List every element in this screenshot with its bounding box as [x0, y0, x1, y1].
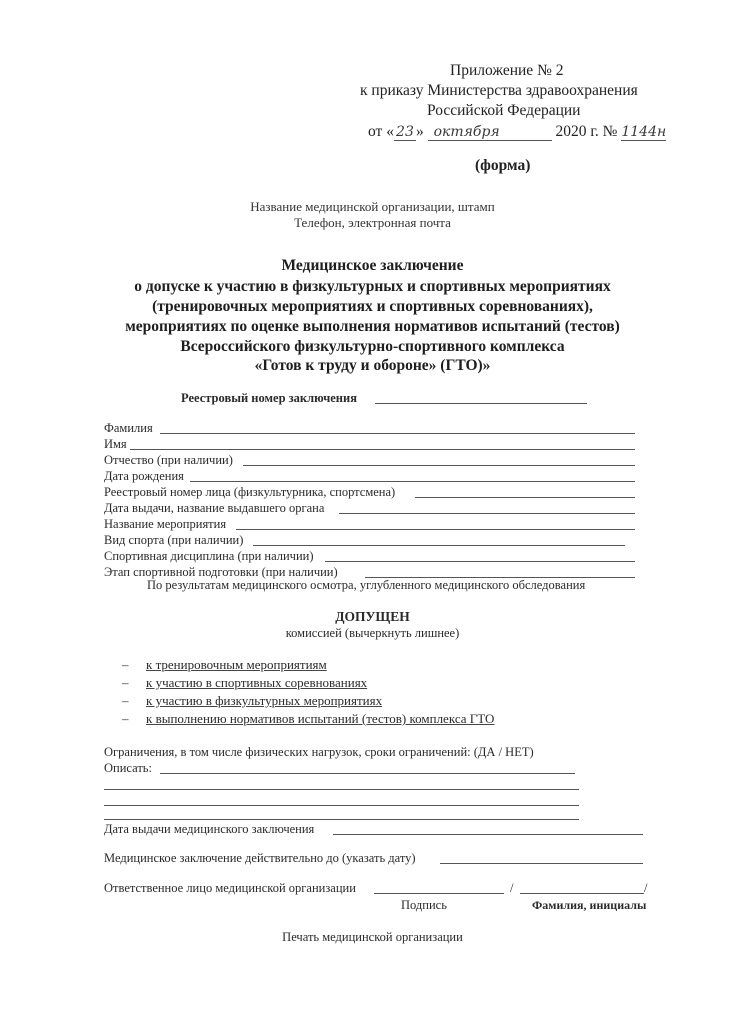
federation-line: Российской Федерации	[427, 102, 580, 120]
admitted-option-training[interactable]: –к тренировочным мероприятиям	[122, 657, 327, 673]
restrictions-describe-input[interactable]	[160, 773, 575, 774]
field-issue-authority-label: Дата выдачи, название выдавшего органа	[104, 501, 324, 516]
name-initials-input[interactable]	[520, 893, 644, 894]
option-label: к участию в физкультурных мероприятиях	[146, 693, 382, 708]
date-mid: »	[416, 123, 424, 140]
field-birthdate-label: Дата рождения	[104, 469, 184, 484]
field-event-name-input[interactable]	[236, 529, 635, 530]
bullet-dash: –	[122, 675, 146, 691]
admitted-heading: ДОПУЩЕН	[0, 609, 745, 625]
signature-caption: Подпись	[401, 898, 447, 913]
bullet-dash: –	[122, 657, 146, 673]
field-person-registry-label: Реестровый номер лица (физкультурника, с…	[104, 485, 395, 500]
order-date-line: от «23» октября 2020 г. № 1144н	[368, 123, 666, 141]
issue-date-label: Дата выдачи медицинского заключения	[104, 822, 314, 837]
restrictions-line-3[interactable]	[104, 805, 579, 806]
date-month-field[interactable]: октября	[428, 124, 552, 141]
document-title-line-1: Медицинское заключение	[0, 257, 745, 275]
order-reference: к приказу Министерства здравоохранения	[360, 82, 638, 100]
field-patronymic-label: Отчество (при наличии)	[104, 453, 233, 468]
field-surname-input[interactable]	[160, 433, 635, 434]
signature-input[interactable]	[374, 893, 504, 894]
organization-name-stamp: Название медицинской организации, штамп	[0, 199, 745, 215]
field-event-name-label: Название мероприятия	[104, 517, 226, 532]
document-title-line-5: Всероссийского физкультурно-спортивного …	[0, 338, 745, 356]
form-label: (форма)	[475, 157, 530, 175]
name-initials-caption: Фамилия, инициалы	[532, 898, 646, 913]
issue-date-input[interactable]	[333, 834, 643, 835]
valid-until-input[interactable]	[440, 863, 643, 864]
bullet-dash: –	[122, 711, 146, 727]
registry-number-input[interactable]	[375, 403, 587, 404]
field-sport-label: Вид спорта (при наличии)	[104, 533, 243, 548]
document-title-line-2: о допуске к участию в физкультурных и сп…	[0, 278, 745, 296]
appendix-number: Приложение № 2	[450, 62, 563, 80]
restrictions-describe-label: Описать:	[104, 761, 152, 776]
option-label: к участию в спортивных соревнованиях	[146, 675, 367, 690]
field-person-registry-input[interactable]	[415, 497, 635, 498]
order-number-field[interactable]: 1144н	[621, 124, 666, 141]
field-discipline-input[interactable]	[325, 561, 635, 562]
field-patronymic-input[interactable]	[243, 465, 635, 466]
field-name-label: Имя	[104, 437, 127, 452]
field-sport-input[interactable]	[253, 545, 625, 546]
admitted-option-competitions[interactable]: –к участию в спортивных соревнованиях	[122, 675, 367, 691]
field-name-input[interactable]	[130, 449, 635, 450]
document-title-line-4: мероприятиях по оценке выполнения нормат…	[0, 318, 745, 336]
field-surname-label: Фамилия	[104, 421, 153, 436]
admitted-option-physical-events[interactable]: –к участию в физкультурных мероприятиях	[122, 693, 382, 709]
option-label: к тренировочным мероприятиям	[146, 657, 327, 672]
date-year: 2020 г. №	[555, 123, 617, 140]
signature-separator: /	[510, 881, 513, 896]
valid-until-label: Медицинское заключение действительно до …	[104, 851, 416, 866]
restrictions-line-4[interactable]	[104, 819, 579, 820]
field-issue-authority-input[interactable]	[339, 513, 635, 514]
document-title-line-3: (тренировочных мероприятиях и спортивных…	[0, 298, 745, 316]
restrictions-line-2[interactable]	[104, 789, 579, 790]
results-basis-text: По результатам медицинского осмотра, угл…	[147, 578, 585, 593]
seal-label: Печать медицинской организации	[0, 930, 745, 945]
date-prefix: от «	[368, 123, 394, 140]
admitted-subheading: комиссией (вычеркнуть лишнее)	[0, 626, 745, 641]
field-birthdate-input[interactable]	[190, 481, 635, 482]
option-label: к выполнению нормативов испытаний (тесто…	[146, 711, 494, 726]
registry-number-label: Реестровый номер заключения	[181, 391, 357, 406]
name-initials-end: /	[644, 881, 647, 896]
restrictions-label: Ограничения, в том числе физических нагр…	[104, 745, 534, 760]
responsible-person-label: Ответственное лицо медицинской организац…	[104, 881, 356, 896]
field-discipline-label: Спортивная дисциплина (при наличии)	[104, 549, 314, 564]
document-title-line-6: «Готов к труду и обороне» (ГТО)»	[0, 357, 745, 375]
admitted-option-gto-standards[interactable]: –к выполнению нормативов испытаний (тест…	[122, 711, 494, 727]
date-day-field[interactable]: 23	[394, 124, 416, 141]
bullet-dash: –	[122, 693, 146, 709]
organization-contacts: Телефон, электронная почта	[0, 215, 745, 231]
